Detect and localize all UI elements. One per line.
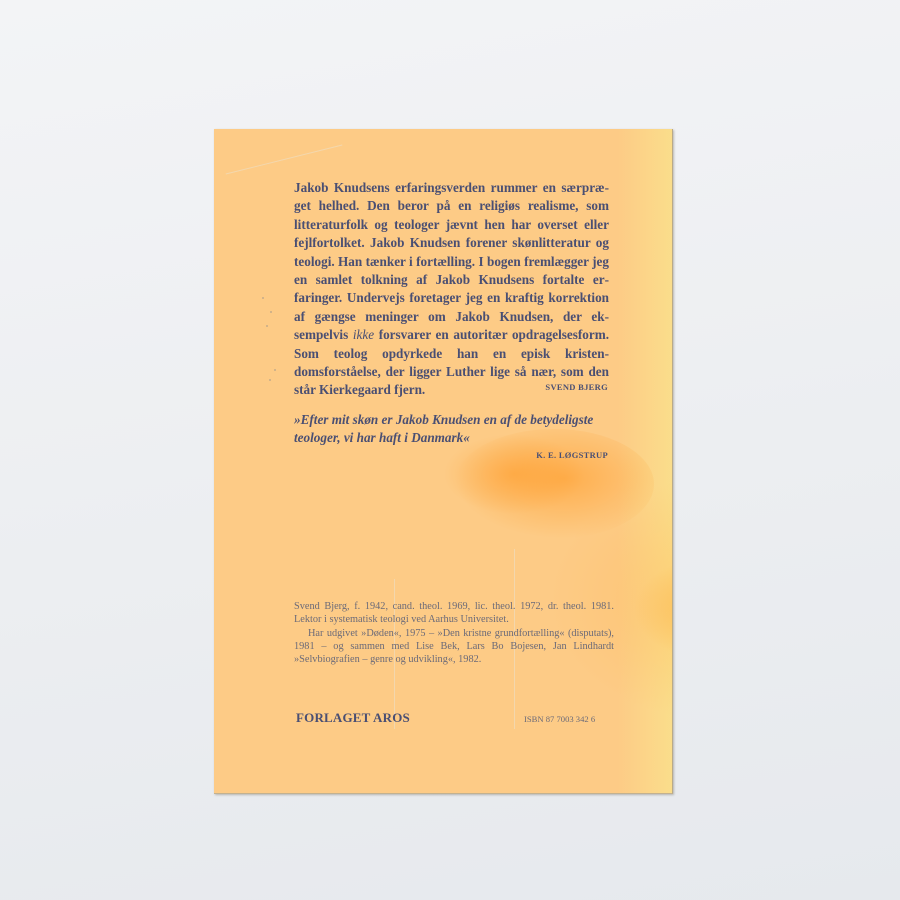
book-back-cover: Jakob Knudsens erfaringsverden rummer en…: [214, 129, 673, 794]
quote-signature: K. E. LØGSTRUP: [536, 450, 608, 460]
quote-text: »Efter mit skøn er Jakob Knudsen en af d…: [294, 411, 614, 448]
speck-mark: [262, 297, 264, 299]
blurb-emphasis: ikke: [353, 327, 374, 342]
speck-mark: [270, 311, 272, 313]
blurb-text: Jakob Knudsens erfaringsverden rummer en…: [294, 179, 609, 400]
speck-mark: [269, 379, 271, 381]
speck-mark: [266, 325, 268, 327]
speck-mark: [274, 369, 276, 371]
scan-background: Jakob Knudsens erfaringsverden rummer en…: [0, 0, 900, 900]
blurb-part-1: Jakob Knudsens erfaringsverden rummer en…: [294, 180, 609, 342]
author-bio-paragraph-1: Svend Bjerg, f. 1942, cand. theol. 1969,…: [294, 600, 614, 627]
blurb-signature: SVEND BJERG: [545, 382, 608, 392]
scratch-mark: [226, 144, 343, 174]
author-bio-paragraph-2: Har udgivet »Døden«, 1975 – »Den kristne…: [294, 627, 614, 667]
isbn-number: ISBN 87 7003 342 6: [524, 714, 595, 724]
publisher-name: FORLAGET AROS: [296, 710, 410, 726]
author-bio: Svend Bjerg, f. 1942, cand. theol. 1969,…: [294, 600, 614, 666]
